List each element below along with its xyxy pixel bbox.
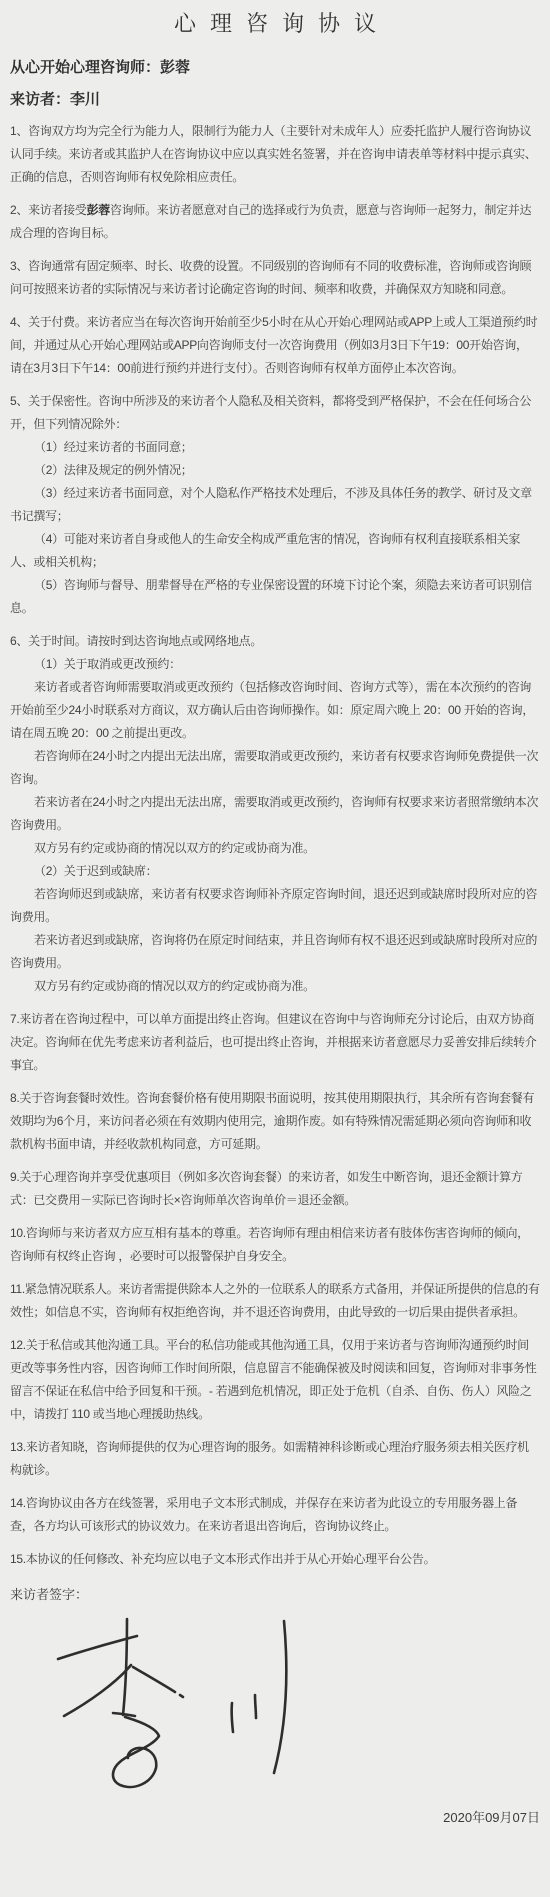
clause-8: 8.关于咨询套餐时效性。咨询套餐价格有使用期限书面说明，按其使用期限执行，其余所…: [10, 1087, 540, 1156]
clause-11: 11.紧急情况联系人。来访者需提供除本人之外的一位联系人的联系方式备用，并保证所…: [10, 1278, 540, 1324]
clause-6-sub-5: 双方另有约定或协商的情况以双方的约定或协商为准。: [10, 837, 540, 860]
clause-6-sub-9: 双方另有约定或协商的情况以双方的约定或协商为准。: [10, 975, 540, 998]
clause-6-sub-2: 来访者或者咨询师需要取消或更改预约（包括修改咨询时间、咨询方式等），需在本次预约…: [10, 676, 540, 745]
visitor-signature-drawing: [0, 1605, 550, 1805]
clause-5-item-3: （3）经过来访者书面同意，对个人隐私作严格技术处理后，不涉及具体任务的教学、研讨…: [10, 482, 540, 528]
page-title: 心理咨询协议: [10, 6, 540, 40]
clause-12: 12.关于私信或其他沟通工具。平台的私信功能或其他沟通工具，仅用于来访者与咨询师…: [10, 1334, 540, 1426]
clause-10: 10.咨询师与来访者双方应互相有基本的尊重。若咨询师有理由相信来访者有肢体伤害咨…: [10, 1222, 540, 1268]
clause-6-intro: 6、关于时间。请按时到达咨询地点或网络地点。: [10, 630, 540, 653]
clause-6-sub-8: 若来访者迟到或缺席，咨询将仍在原定时间结束，并且咨询师有权不退还迟到或缺席时段所…: [10, 929, 540, 975]
clause-5-item-2: （2）法律及规定的例外情况；: [10, 459, 540, 482]
counselor-line: 从心开始心理咨询师：彭蓉: [10, 57, 540, 78]
clause-2: 2、来访者接受彭蓉咨询师。来访者愿意对自己的选择或行为负责，愿意与咨询师一起努力…: [10, 199, 540, 245]
clause-9: 9.关于心理咨询并享受优惠项目（例如多次咨询套餐）的来访者，如发生中断咨询，退还…: [10, 1166, 540, 1212]
clause-1: 1、咨询双方均为完全行为能力人，限制行为能力人（主要针对未成年人）应委托监护人履…: [10, 120, 540, 189]
clause-3: 3、咨询通常有固定频率、时长、收费的设置。不同级别的咨询师有不同的收费标准，咨询…: [10, 255, 540, 301]
clause-6-sub-7: 若咨询师迟到或缺席，来访者有权要求咨询师补齐原定咨询时间，退还迟到或缺席时段所对…: [10, 883, 540, 929]
clause-6-sub-4: 若来访者在24小时之内提出无法出席，需要取消或更改预约，咨询师有权要求来访者照常…: [10, 791, 540, 837]
clause-2-prefix: 2、来访者接受: [10, 203, 87, 217]
clause-7: 7.来访者在咨询过程中，可以单方面提出终止咨询。但建议在咨询中与咨询师充分讨论后…: [10, 1008, 540, 1077]
clause-4: 4、关于付费。来访者应当在每次咨询开始前至少5小时在从心开始心理网站或APP上或…: [10, 311, 540, 380]
clause-5-item-1: （1）经过来访者的书面同意；: [10, 436, 540, 459]
clause-6-sub-6: （2）关于迟到或缺席：: [10, 860, 540, 883]
clause-6-sub-1: （1）关于取消或更改预约：: [10, 653, 540, 676]
signature-date: 2020年09月07日: [10, 1809, 540, 1827]
clause-6-sub-3: 若咨询师在24小时之内提出无法出席，需要取消或更改预约，来访者有权要求咨询师免费…: [10, 745, 540, 791]
clause-5-intro: 5、关于保密性。咨询中所涉及的来访者个人隐私及相关资料，都将受到严格保护，不会在…: [10, 390, 540, 436]
clause-5-item-5: （5）咨询师与督导、朋辈督导在严格的专业保密设置的环境下讨论个案，须隐去来访者可…: [10, 574, 540, 620]
visitor-signature-label: 来访者签字：: [10, 1585, 540, 1605]
agreement-document: 心理咨询协议 从心开始心理咨询师：彭蓉 来访者：李川 1、咨询双方均为完全行为能…: [0, 0, 550, 1897]
counselor-name-bold: 彭蓉: [87, 203, 110, 217]
clause-5-item-4: （4）可能对来访者自身或他人的生命安全构成严重危害的情况，咨询师有权利直接联系相…: [10, 528, 540, 574]
clause-13: 13.来访者知晓，咨询师提供的仅为心理咨询的服务。如需精神科诊断或心理治疗服务须…: [10, 1436, 540, 1482]
visitor-line: 来访者：李川: [10, 89, 540, 110]
clause-14: 14.咨询协议由各方在线签署，采用电子文本形式制成，并保存在来访者为此设立的专用…: [10, 1492, 540, 1538]
clause-15: 15.本协议的任何修改、补充均应以电子文本形式作出并于从心开始心理平台公告。: [10, 1548, 540, 1571]
